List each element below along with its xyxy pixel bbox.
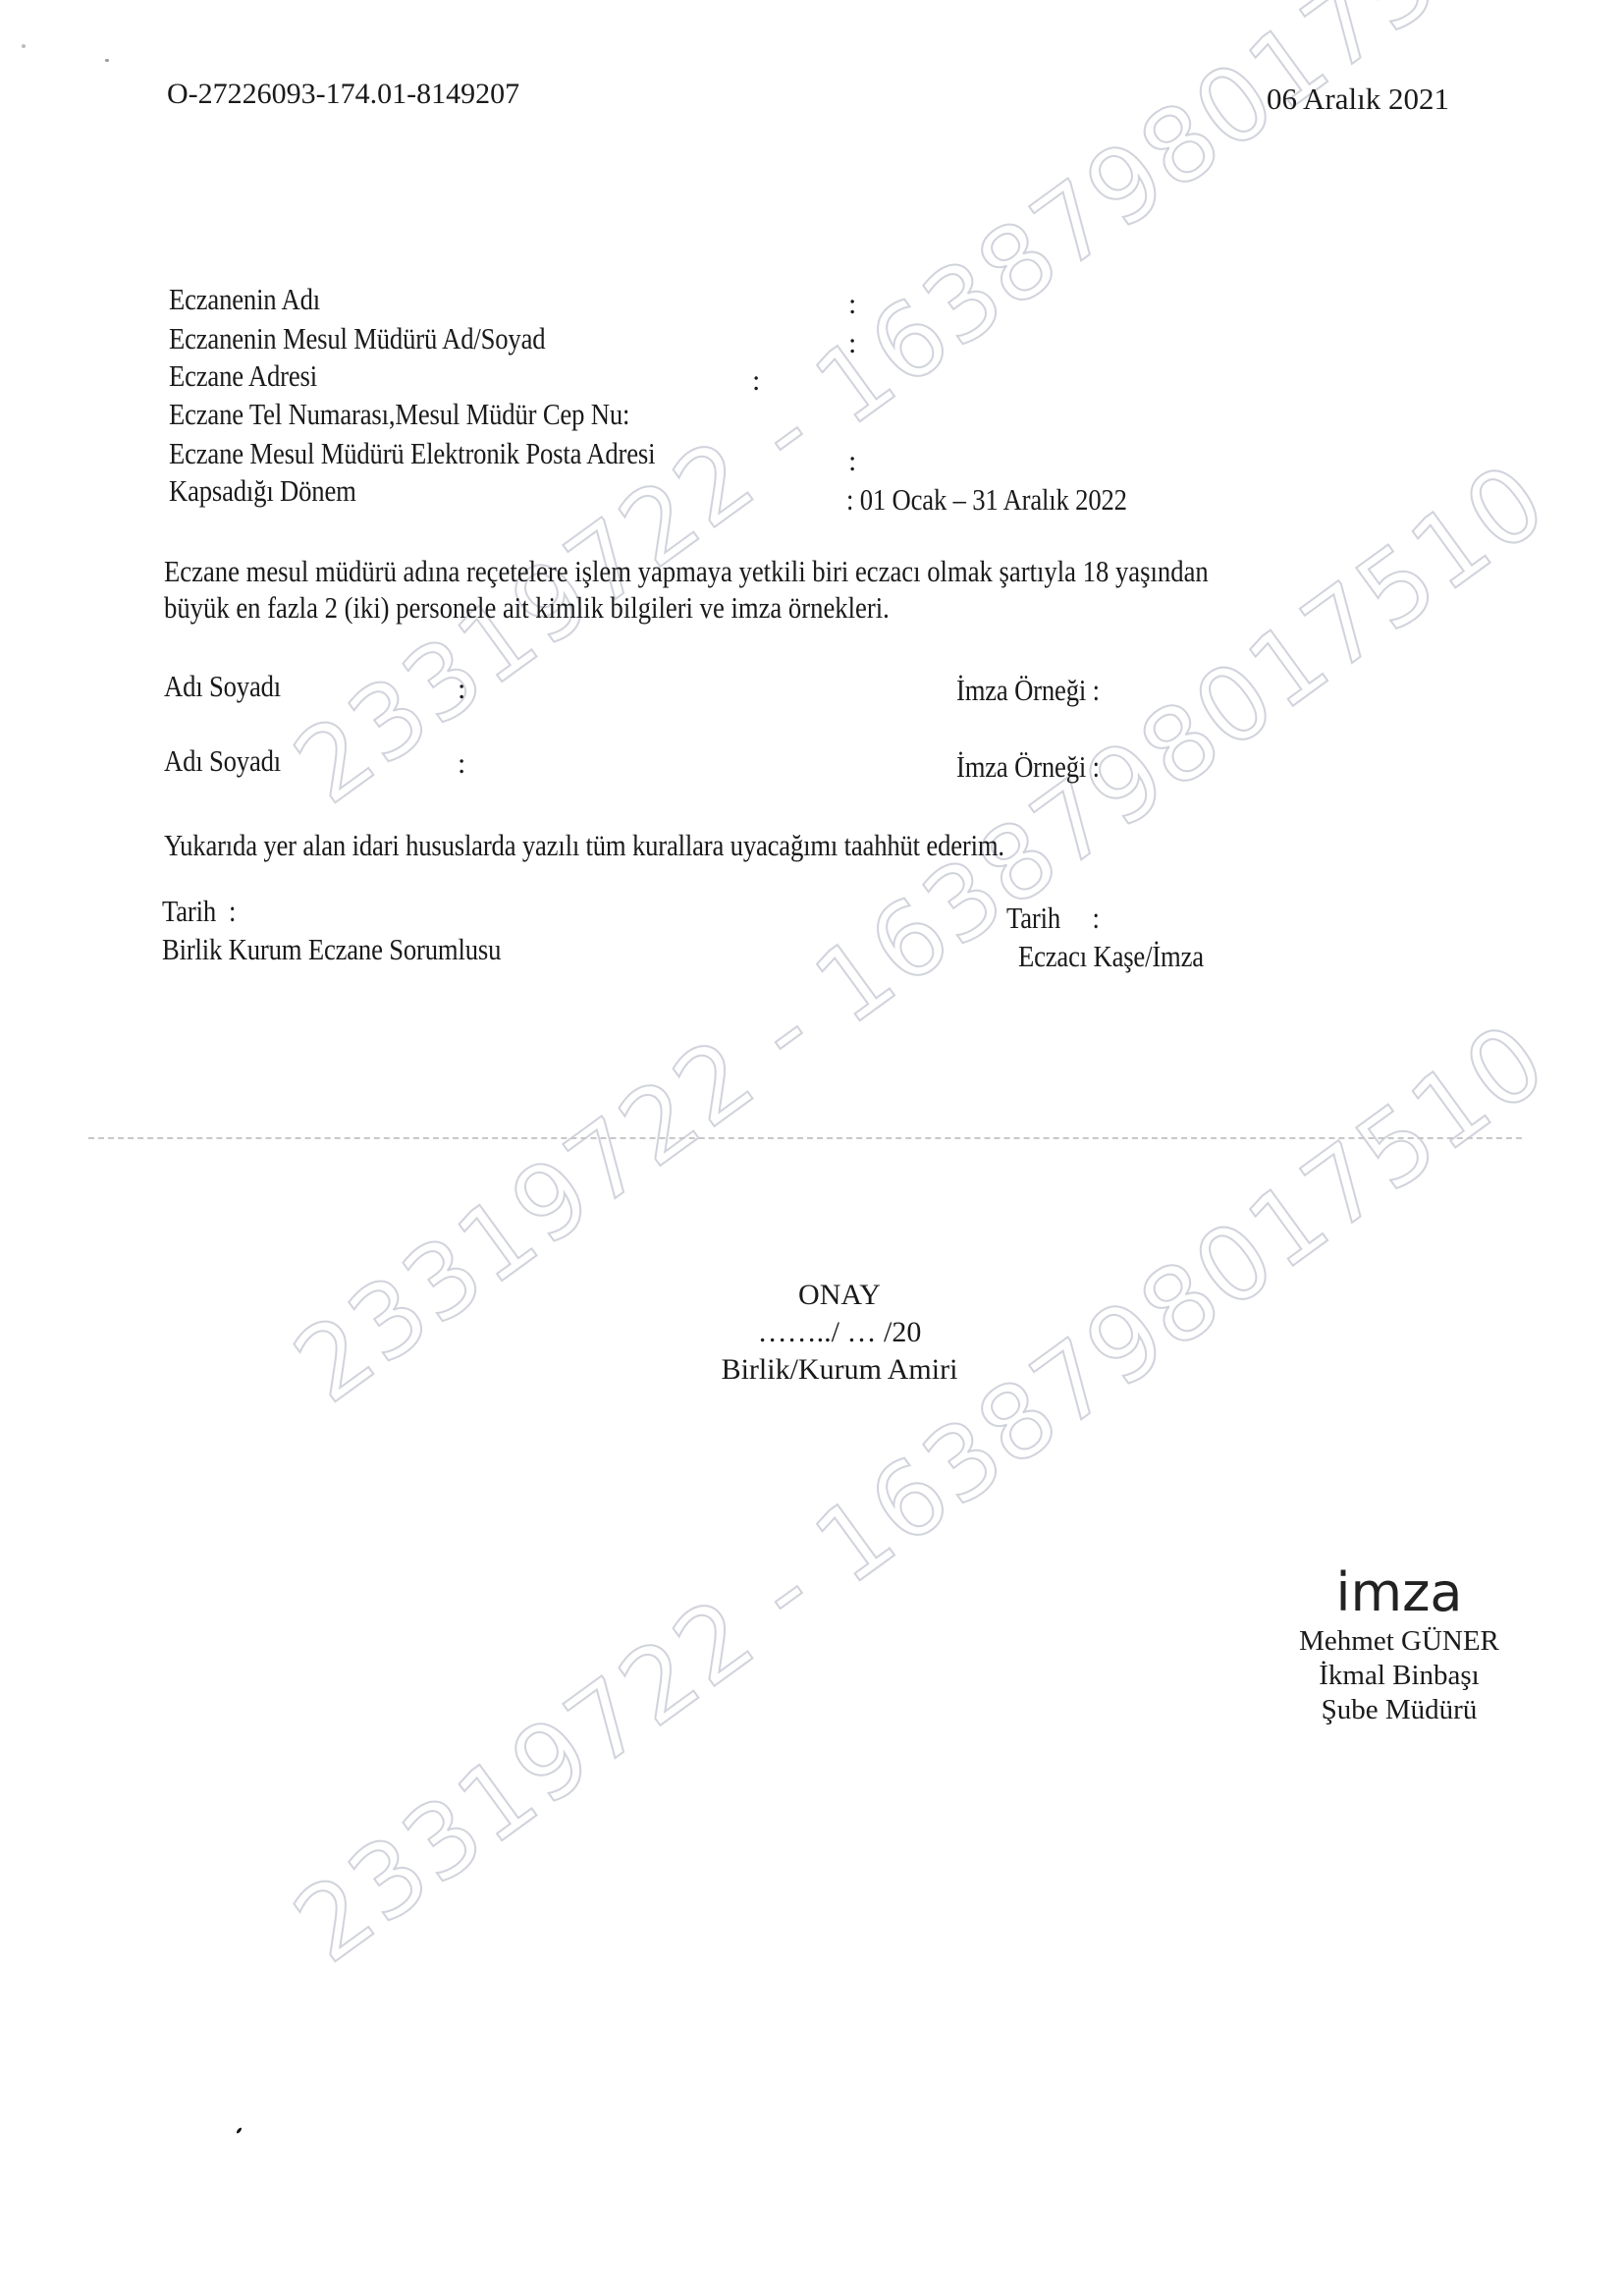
footer-right-date: Tarih :: [1006, 900, 1100, 937]
personnel-name-label: Adı Soyadı: [164, 742, 281, 780]
personnel-name-label: Adı Soyadı: [164, 668, 281, 705]
field-label-manager-name: Eczanenin Mesul Müdürü Ad/Soyad: [169, 320, 545, 357]
field-label-pharmacy-address: Eczane Adresi: [169, 357, 317, 395]
scan-speck: [105, 59, 109, 62]
field-separator: :: [1092, 901, 1099, 935]
footer-right-title: Eczacı Kaşe/İmza: [1018, 938, 1204, 975]
signer-rank: İkmal Binbaşı: [1271, 1659, 1527, 1693]
field-separator: :: [848, 326, 856, 361]
field-label-period: Kapsadığı Dönem: [169, 472, 356, 510]
signature-block: imza Mehmet GÜNER İkmal Binbaşı Şube Müd…: [1271, 1563, 1527, 1727]
field-value-period: : 01 Ocak – 31 Aralık 2022: [846, 481, 1127, 519]
field-separator: :: [848, 444, 856, 479]
period-value: 01 Ocak – 31 Aralık 2022: [860, 482, 1127, 517]
field-separator: :: [752, 363, 760, 399]
signature-sample-label: İmza Örneği :: [956, 748, 1100, 786]
footer-left-title: Birlik Kurum Eczane Sorumlusu: [162, 931, 501, 968]
signature-sample-label: İmza Örneği :: [956, 672, 1100, 709]
field-separator: :: [622, 397, 629, 431]
date-label: Tarih: [162, 894, 216, 928]
field-separator: :: [848, 287, 856, 322]
commitment-statement: Yukarıda yer alan idari hususlarda yazıl…: [164, 827, 1004, 864]
field-separator: :: [458, 672, 465, 707]
date-label: Tarih: [1006, 901, 1060, 935]
approval-title: ONAY: [643, 1277, 1036, 1314]
approval-authority: Birlik/Kurum Amiri: [643, 1351, 1036, 1389]
instruction-paragraph-line2: büyük en fazla 2 (iki) personele ait kim…: [164, 589, 890, 627]
document-date: 06 Aralık 2021: [1267, 82, 1449, 117]
approval-date-placeholder: ……../ … /20: [643, 1314, 1036, 1351]
field-separator: :: [846, 482, 853, 517]
footer-left-date: Tarih :: [162, 893, 236, 930]
field-label-email: Eczane Mesul Müdürü Elektronik Posta Adr…: [169, 435, 655, 472]
instruction-paragraph-line1: Eczane mesul müdürü adına reçetelere işl…: [164, 553, 1532, 590]
field-separator: :: [458, 746, 465, 782]
reference-number: O-27226093-174.01-8149207: [167, 77, 519, 112]
signer-position: Şube Müdürü: [1271, 1693, 1527, 1727]
field-separator: :: [229, 894, 236, 928]
approval-block: ONAY ……../ … /20 Birlik/Kurum Amiri: [643, 1277, 1036, 1389]
scan-speck: [236, 2127, 243, 2134]
field-label-pharmacy-name: Eczanenin Adı: [169, 281, 320, 318]
signer-name: Mehmet GÜNER: [1271, 1624, 1527, 1659]
watermark-bottom: 23319722 - 1638798017510: [273, 999, 1568, 1986]
field-label-text: Eczane Tel Numarası,Mesul Müdür Cep Nu: [169, 397, 622, 431]
field-label-phone-numbers: Eczane Tel Numarası,Mesul Müdür Cep Nu:: [169, 396, 629, 433]
signature-image: imza: [1271, 1563, 1527, 1622]
cut-line-divider: [88, 1137, 1522, 1139]
scan-speck: [22, 44, 26, 48]
